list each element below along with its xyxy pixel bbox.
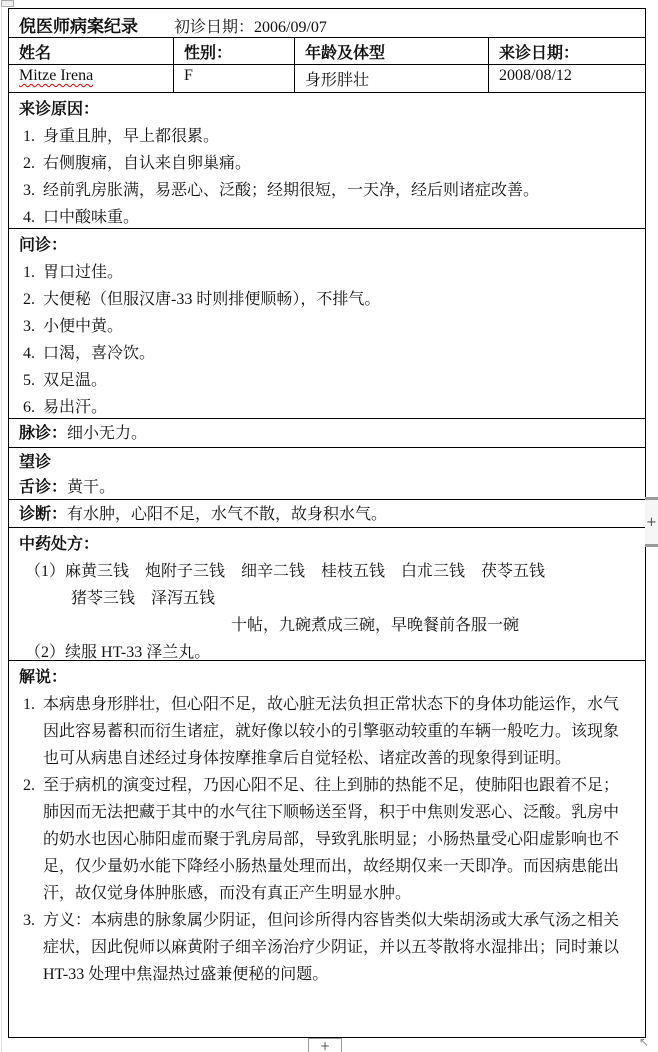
pulse-label: 脉诊： (19, 425, 67, 442)
pulse-text: 细小无力。 (67, 425, 147, 442)
list-item: 3.小便中黄。 (17, 313, 637, 340)
prescription-2: （2）续服 HT-33 泽兰丸。 (17, 639, 637, 661)
page-expand-button[interactable]: + (308, 1038, 342, 1052)
prescription-title: 中药处方： (17, 531, 637, 558)
inquiry-title: 问诊： (17, 232, 637, 259)
first-visit-date: 2006/09/07 (254, 19, 327, 36)
list-item: 5.双足温。 (17, 367, 637, 394)
diagnosis-label: 诊断： (19, 506, 67, 523)
age-body-label: 年龄及体型 (294, 38, 488, 64)
patient-gender: F (173, 65, 294, 92)
list-item: 3.经前乳房胀满，易恶心、泛酸；经期很短，一天净，经后则诸症改善。 (17, 177, 637, 204)
patient-age-body: 身形胖壮 (294, 65, 488, 92)
visit-date-label: 来诊日期： (488, 38, 645, 64)
visit-reason-section: 来诊原因： 1.身重且肿，早上都很累。 2.右侧腹痛，自认来自卵巢痛。 3.经前… (9, 93, 645, 229)
observation-label: 望诊 (19, 454, 51, 471)
list-item: 4.口中酸味重。 (17, 204, 637, 229)
list-item: 1.胃口过佳。 (17, 259, 637, 286)
prescription-1-cont: 猪苓三钱 泽泻五钱 (17, 585, 637, 612)
field-labels-row: 姓名 性别： 年龄及体型 来诊日期： (9, 38, 645, 65)
inquiry-section: 问诊： 1.胃口过佳。 2.大便秘（但服汉唐-33 时则排便顺畅），不排气。 3… (9, 229, 645, 419)
field-values-row: Mitze Irena F 身形胖壮 2008/08/12 (9, 65, 645, 93)
prescription-section: 中药处方： （1）麻黄三钱 炮附子三钱 细辛二钱 桂枝五钱 白朮三钱 茯苓五钱 … (9, 528, 645, 661)
observation-section: 望诊 舌诊：黄干。 (9, 448, 645, 500)
name-label: 姓名 (9, 38, 173, 64)
diagnosis-section: 诊断：有水肿，心阳不足，水气不散，故身积水气。 (9, 500, 645, 528)
table-move-handle-icon[interactable] (1, 0, 14, 7)
tongue-label: 舌诊： (19, 479, 67, 496)
explanation-item: 2.至于病机的演变过程，乃因心阳不足、往上到肺的热能不足，使肺阳也跟着不足；肺因… (17, 772, 637, 907)
explanation-item: 3.方义：本病患的脉象属少阴证，但问诊所得内容皆类似大柴胡汤或大承气汤之相关症状… (17, 907, 637, 988)
title-row: 倪医师病案纪录初诊日期：2006/09/07 (9, 9, 645, 38)
doc-title: 倪医师病案纪录 (19, 17, 138, 36)
prescription-1: （1）麻黄三钱 炮附子三钱 细辛二钱 桂枝五钱 白朮三钱 茯苓五钱 (17, 558, 637, 585)
gender-label: 性别： (173, 38, 294, 64)
diagnosis-text: 有水肿，心阳不足，水气不散，故身积水气。 (67, 506, 387, 523)
explanation-title: 解说： (17, 664, 637, 691)
case-record-table: 倪医师病案纪录初诊日期：2006/09/07 姓名 性别： 年龄及体型 来诊日期… (8, 8, 646, 1038)
pulse-section: 脉诊：细小无力。 (9, 419, 645, 448)
explanation-item: 1.本病患身形胖壮，但心阳不足，故心脏无法负担正常状态下的身体功能运作，水气因此… (17, 691, 637, 772)
visit-reason-title: 来诊原因： (17, 96, 637, 123)
patient-visit-date: 2008/08/12 (488, 65, 645, 92)
list-item: 2.大便秘（但服汉唐-33 时则排便顺畅），不排气。 (17, 286, 637, 313)
scrollbar-expand-button[interactable]: + (645, 497, 658, 547)
resize-cursor-icon: ↖ (639, 1035, 649, 1049)
patient-name: Mitze Irena (19, 67, 93, 84)
tongue-text: 黄干。 (67, 479, 115, 496)
explanation-section: 解说： 1.本病患身形胖壮，但心阳不足，故心脏无法负担正常状态下的身体功能运作，… (9, 661, 645, 1037)
page-left-edge (1, 0, 2, 1052)
list-item: 1.身重且肿，早上都很累。 (17, 123, 637, 150)
first-visit-label: 初诊日期： (174, 19, 254, 36)
list-item: 2.右侧腹痛，自认来自卵巢痛。 (17, 150, 637, 177)
prescription-instruction: 十帖，九碗煮成三碗，早晚餐前各服一碗 (17, 612, 637, 639)
list-item: 4.口渴，喜冷饮。 (17, 340, 637, 367)
list-item: 6.易出汗。 (17, 394, 637, 419)
